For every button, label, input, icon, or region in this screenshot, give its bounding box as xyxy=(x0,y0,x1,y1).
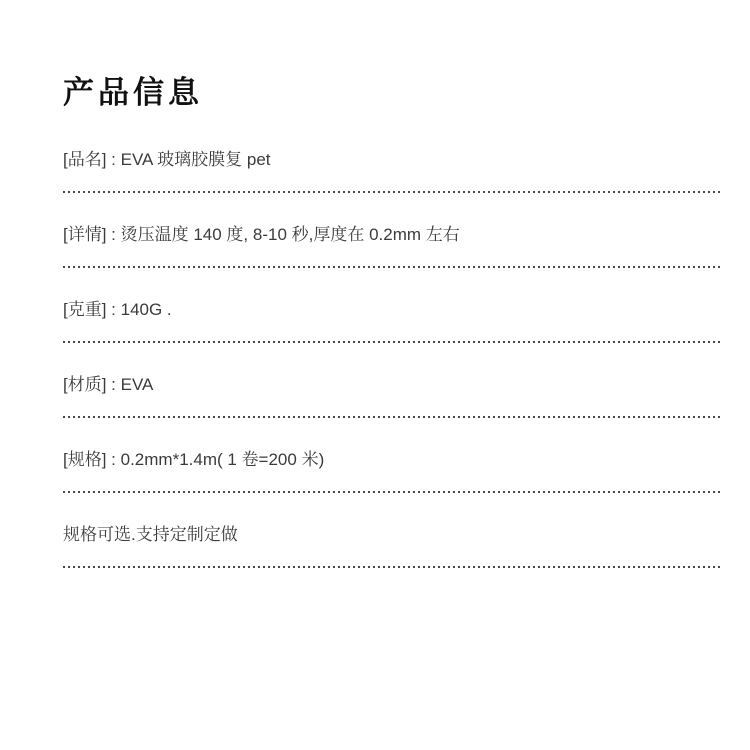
field-value: 规格可选.支持定制定做 xyxy=(63,525,238,544)
dotted-divider xyxy=(63,566,723,568)
page-title: 产品信息 xyxy=(63,0,723,112)
info-row-material: [材质] : EVA xyxy=(63,375,723,418)
dotted-divider xyxy=(63,341,723,343)
field-value: EVA 玻璃胶膜复 pet xyxy=(121,150,271,169)
dotted-divider xyxy=(63,266,723,268)
info-row-custom-note: 规格可选.支持定制定做 xyxy=(63,525,723,568)
field-label: [品名] xyxy=(63,150,106,169)
info-text: 规格可选.支持定制定做 xyxy=(63,525,723,545)
field-label: [规格] xyxy=(63,450,106,469)
info-row-weight: [克重] : 140G . xyxy=(63,300,723,343)
field-separator: : xyxy=(106,450,120,469)
info-row-product-name: [品名] : EVA 玻璃胶膜复 pet xyxy=(63,150,723,193)
field-value: 140G . xyxy=(121,300,172,319)
info-text: [品名] : EVA 玻璃胶膜复 pet xyxy=(63,150,723,170)
info-text: [详情] : 烫压温度 140 度, 8-10 秒,厚度在 0.2mm 左右 xyxy=(63,225,723,245)
field-separator: : xyxy=(106,375,120,394)
content-area: 产品信息 [品名] : EVA 玻璃胶膜复 pet [详情] : 烫压温度 14… xyxy=(0,0,750,568)
info-row-details: [详情] : 烫压温度 140 度, 8-10 秒,厚度在 0.2mm 左右 xyxy=(63,225,723,268)
field-value: EVA xyxy=(121,375,154,394)
field-value: 0.2mm*1.4m( 1 卷=200 米) xyxy=(121,450,325,469)
field-value: 烫压温度 140 度, 8-10 秒,厚度在 0.2mm 左右 xyxy=(121,225,460,244)
product-info-page: 产品信息 [品名] : EVA 玻璃胶膜复 pet [详情] : 烫压温度 14… xyxy=(0,0,750,750)
field-label: [详情] xyxy=(63,225,106,244)
dotted-divider xyxy=(63,416,723,418)
field-separator: : xyxy=(106,225,120,244)
field-label: [材质] xyxy=(63,375,106,394)
dotted-divider xyxy=(63,191,723,193)
dotted-divider xyxy=(63,491,723,493)
field-label: [克重] xyxy=(63,300,106,319)
info-text: [材质] : EVA xyxy=(63,375,723,395)
field-separator: : xyxy=(106,300,120,319)
info-text: [规格] : 0.2mm*1.4m( 1 卷=200 米) xyxy=(63,450,723,470)
field-separator: : xyxy=(106,150,120,169)
info-row-spec: [规格] : 0.2mm*1.4m( 1 卷=200 米) xyxy=(63,450,723,493)
info-text: [克重] : 140G . xyxy=(63,300,723,320)
